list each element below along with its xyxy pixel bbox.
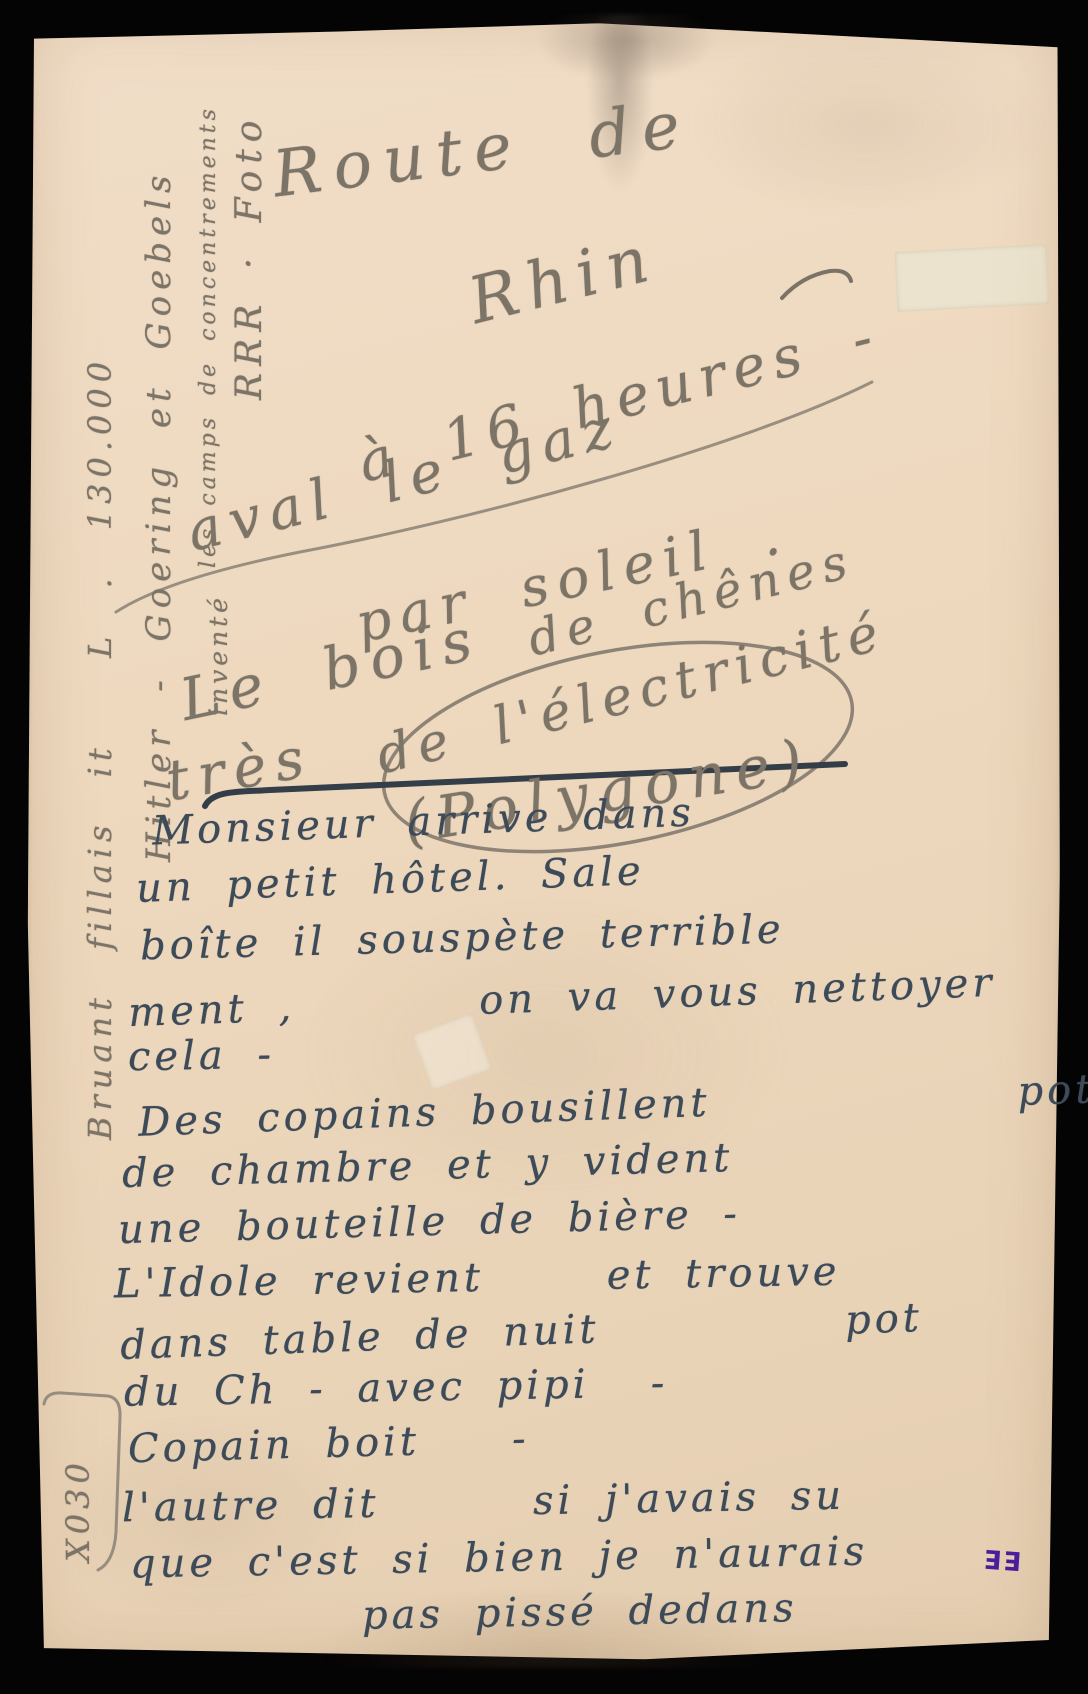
margin-rrr-note: RRR · Foto: [232, 114, 268, 400]
message-line: pas pissé dedans: [362, 1588, 798, 1636]
message-line: Copain boit -: [128, 1419, 531, 1469]
purple-ee-stamp: EE: [981, 1545, 1022, 1574]
tape-patch-top-right: [895, 244, 1050, 312]
margin-count-note: Bruant fillais it L . 130.000: [84, 356, 116, 1140]
message-line: du Ch - avec pipi -: [124, 1363, 669, 1412]
message-line: l'autre dit si j'avais su: [122, 1476, 846, 1529]
postcard-scan: Bruant fillais it L . 130.000 Hitler - G…: [0, 0, 1088, 1694]
message-line: cela -: [128, 1035, 276, 1078]
corner-mark: X030: [62, 1458, 94, 1562]
message-line: L'Idole revient et trouve: [114, 1252, 841, 1305]
